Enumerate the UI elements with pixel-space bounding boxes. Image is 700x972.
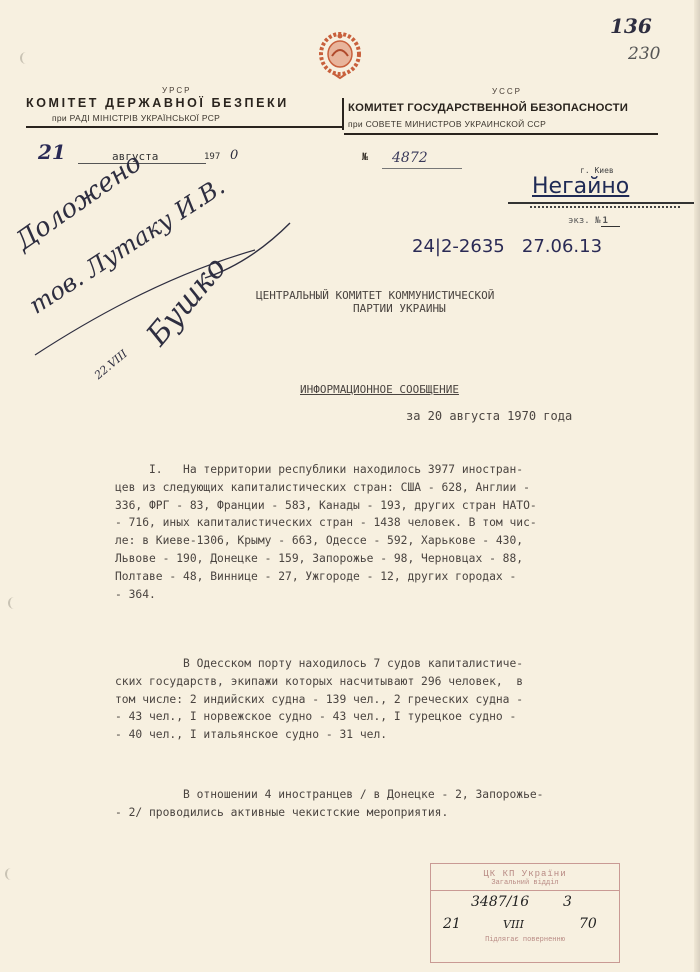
paragraph-line: 336, ФРГ - 83, Франции - 583, Канады - 1… bbox=[115, 497, 537, 515]
state-emblem-icon bbox=[318, 30, 362, 80]
letterhead-right-subtitle: при СОВЕТЕ МИНИСТРОВ УКРАИНСКОЙ ССР bbox=[348, 119, 546, 129]
letterhead-right-title: КОМИТЕТ ГОСУДАРСТВЕННОЙ БЕЗОПАСНОСТИ bbox=[348, 102, 628, 114]
paragraph-line: - 43 чел., I норвежское судно - 43 чел.,… bbox=[115, 708, 523, 726]
stamp-footer: Підлягає поверненню bbox=[431, 936, 619, 944]
paragraph-line: - 2/ проводились активные чекистские мер… bbox=[115, 804, 543, 822]
signature-flourish bbox=[200, 218, 300, 288]
paragraph-line: ских государств, экипажи которых насчиты… bbox=[115, 673, 523, 691]
paragraph-line: - 716, иных капиталистических стран - 14… bbox=[115, 514, 537, 532]
letterhead-rule bbox=[26, 126, 342, 128]
paragraph-line: Полтаве - 48, Виннице - 27, Ужгороде - 1… bbox=[115, 568, 537, 586]
addressee-line-1: ЦЕНТРАЛЬНЫЙ КОМИТЕТ КОММУНИСТИЧЕСКОЙ bbox=[256, 289, 494, 302]
letterhead-rule bbox=[344, 133, 658, 135]
stamp-line-2: Загальний відділ bbox=[431, 879, 619, 887]
stamp-copy: 3 bbox=[563, 894, 572, 910]
paragraph-line: I. На территории республики находилось 3… bbox=[115, 461, 537, 479]
paragraph-line: Львове - 190, Донецке - 159, Запорожье -… bbox=[115, 550, 537, 568]
number-label: № bbox=[362, 152, 368, 163]
letterhead-left-subtitle: при РАДІ МІНІСТРІВ УКРАЇНСЬКОЇ РСР bbox=[52, 113, 220, 123]
document-date: за 20 августа 1970 года bbox=[406, 408, 572, 426]
stamp-year: 70 bbox=[579, 916, 597, 932]
archive-reference: 24|2-2635 27.06.13 bbox=[412, 236, 602, 257]
stamp-day: 21 bbox=[443, 916, 461, 932]
paragraph-line: ле: в Киеве-1306, Крыму - 663, Одессе - … bbox=[115, 532, 537, 550]
date-year-prefix: 197 bbox=[204, 152, 220, 162]
copy-number: 1 bbox=[601, 216, 620, 227]
paragraph-line: - 364. bbox=[115, 586, 537, 604]
punch-hole-icon bbox=[5, 868, 17, 880]
paragraph-line: В отношении 4 иностранцев / в Донецке - … bbox=[115, 786, 543, 804]
urgency-stamp: Негайно bbox=[532, 174, 629, 199]
letterhead-left-title: КОМІТЕТ ДЕРЖАВНОЇ БЕЗПЕКИ bbox=[26, 96, 289, 110]
stamp-line-1: ЦК КП України bbox=[431, 869, 619, 879]
letterhead-left-republic: УРСР bbox=[162, 86, 191, 95]
punch-hole-icon bbox=[8, 597, 20, 609]
addressee-line-2: ПАРТИИ УКРАИНЫ bbox=[353, 302, 446, 315]
punch-hole-icon bbox=[20, 52, 32, 64]
document-page: 136 230 УРСР КОМІТЕТ ДЕРЖАВНОЇ БЕЗПЕКИ п… bbox=[0, 0, 700, 972]
sheet-number: 136 bbox=[610, 14, 652, 38]
paragraph-line: - 40 чел., I итальянское судно - 31 чел. bbox=[115, 726, 523, 744]
stamp-number: 3487/16 bbox=[471, 894, 529, 910]
paragraph-line: том числе: 2 индийских судна - 139 чел.,… bbox=[115, 691, 523, 709]
paragraph-3: В отношении 4 иностранцев / в Донецке - … bbox=[115, 786, 543, 822]
registration-stamp: ЦК КП України Загальний відділ 3487/16 3… bbox=[430, 863, 620, 963]
outgoing-number: 4872 bbox=[392, 150, 428, 166]
letterhead-right-republic: УССР bbox=[492, 87, 522, 96]
paragraph-line: В Одесском порту находилось 7 судов капи… bbox=[115, 655, 523, 673]
paragraph-line: цев из следующих капиталистических стран… bbox=[115, 479, 537, 497]
copy-label: экз. №1 bbox=[568, 216, 620, 226]
letterhead-divider bbox=[342, 98, 344, 130]
paragraph-2: В Одесском порту находилось 7 судов капи… bbox=[115, 655, 523, 744]
paragraph-1: I. На территории республики находилось 3… bbox=[115, 461, 537, 603]
sheet-number-old: 230 bbox=[628, 44, 660, 64]
date-year-suffix: 0 bbox=[230, 148, 238, 163]
stamp-month: VIII bbox=[503, 918, 524, 931]
document-title: ИНФОРМАЦИОННОЕ СООБЩЕНИЕ bbox=[300, 381, 459, 399]
date-day: 21 bbox=[38, 140, 66, 164]
